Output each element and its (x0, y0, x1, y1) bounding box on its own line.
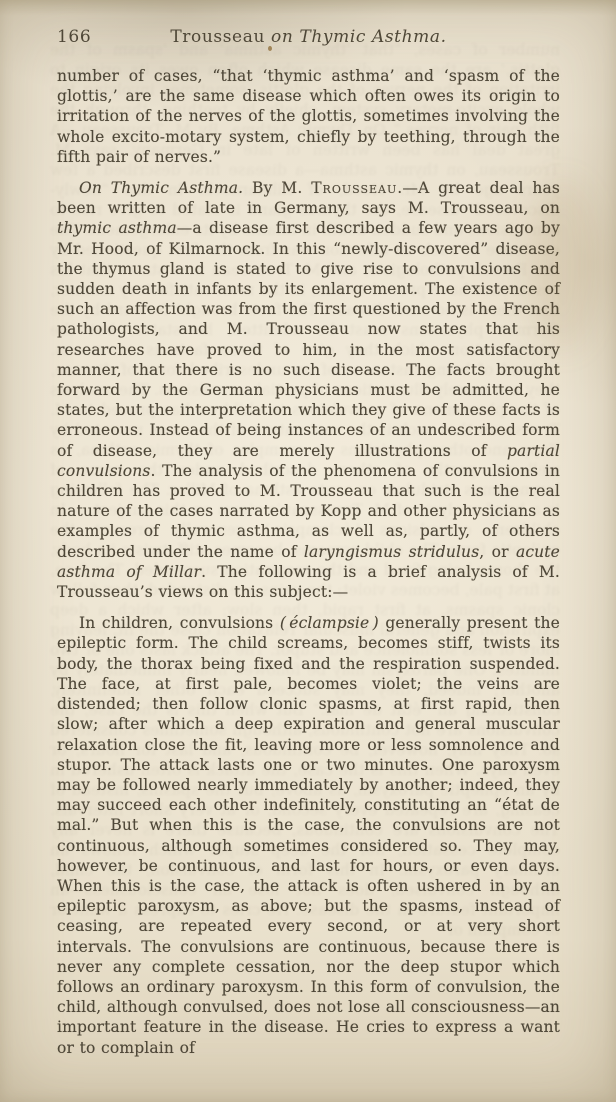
paragraph: number of cases, “that ‘thymic asthma’ a… (57, 66, 560, 167)
paragraph: In children, convulsions ( éclampsie ) g… (57, 613, 560, 1057)
paragraph: On Thymic Asthma. By M. Trousseau.—A gre… (57, 178, 560, 602)
text-segment: In children, convulsions (79, 614, 280, 632)
running-title: Trousseau on Thymic Asthma. (57, 27, 560, 47)
text-segment: Trousseau (170, 27, 271, 47)
page-body: number of cases, “that ‘thymic asthma’ a… (57, 66, 560, 1058)
text-segment: On Thymic Asthma. (79, 179, 243, 197)
page-content: 166 Trousseau on Thymic Asthma. number o… (57, 27, 560, 1069)
text-segment: generally present the epileptic form. Th… (57, 614, 560, 1056)
text-segment: thymic asthma (57, 219, 177, 237)
text-segment: laryngismus stridulus (304, 543, 479, 561)
text-segment: number of cases, “that ‘thymic asthma’ a… (57, 67, 560, 166)
text-segment: ( éclampsie ) (280, 614, 379, 632)
text-segment: , or (479, 543, 516, 561)
page-number: 166 (57, 27, 91, 47)
scanned-book-page: number of cases, “that ‘thymic asthma’ a… (0, 0, 616, 1102)
text-segment: on Thymic Asthma. (271, 27, 447, 47)
running-header: 166 Trousseau on Thymic Asthma. (57, 27, 560, 49)
text-segment: —a disease first described a few years a… (57, 219, 560, 459)
text-segment: Trousseau (311, 179, 397, 197)
text-segment: By M. (243, 179, 311, 197)
